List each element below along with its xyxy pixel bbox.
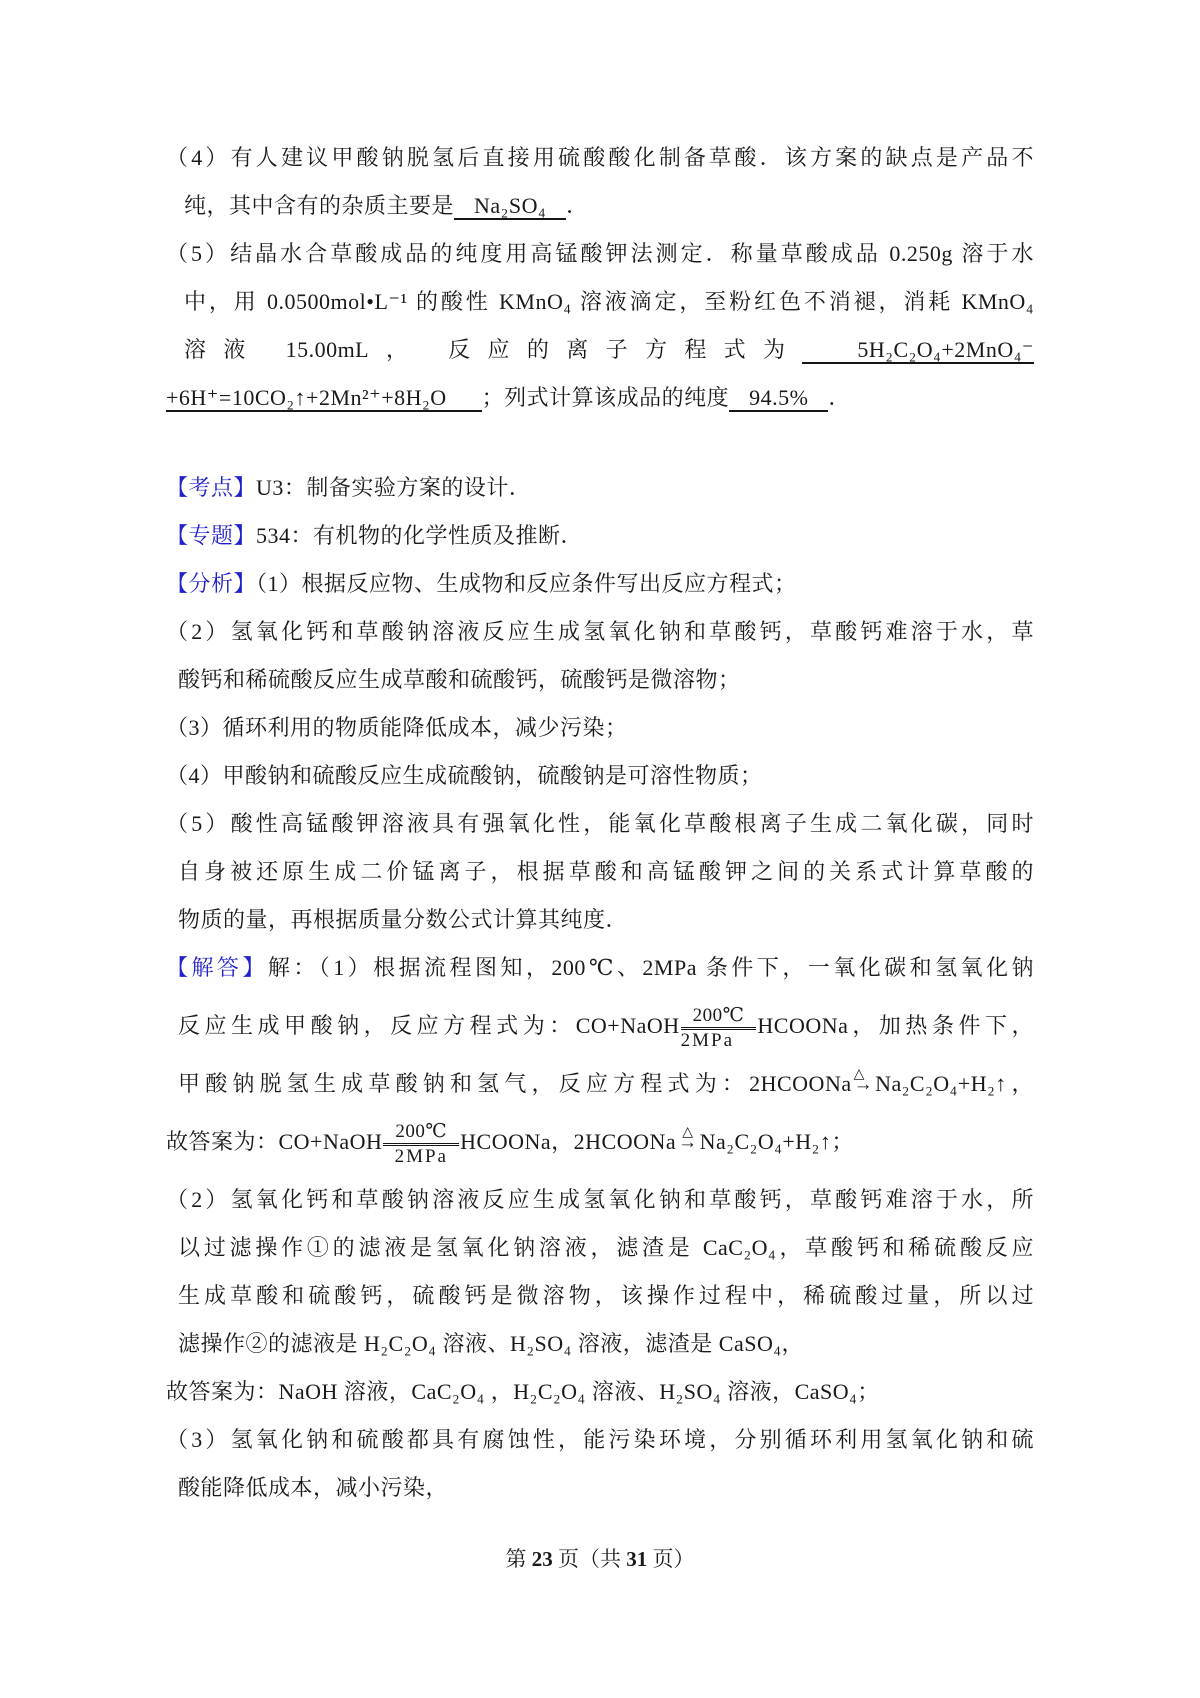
analysis-line-3: 酸钙和稀硫酸反应生成草酸和硫酸钙，硫酸钙是微溶物； [166, 656, 1034, 704]
question-5-text-4: ；列式计算该成品的纯度 [482, 385, 730, 410]
condition-temperature: 200℃ [681, 1005, 757, 1030]
exam-point-label: 【考点】 [166, 475, 256, 500]
analysis-item-2b: 酸钙和稀硫酸反应生成草酸和硫酸钙，硫酸钙是微溶物； [178, 667, 741, 692]
solution-text-2b: HCOONa，加热条件下， [757, 1013, 1034, 1038]
analysis-item-2a: （2）氢氧化钙和草酸钠溶液反应生成氢氧化钠和草酸钙，草酸钙难溶于水，草 [166, 619, 1034, 644]
answer-blank-purity: 94.5% [729, 385, 828, 412]
solution-text-4c: Na₂C₂O₄+H₂↑； [700, 1129, 854, 1154]
arrow-icon-2: → [678, 1137, 698, 1149]
question-5-line-4: +6H⁺=10CO₂↑+2Mn²⁺+8H₂O；列式计算该成品的纯度94.5%． [166, 374, 1034, 422]
analysis-line-5: （4）甲酸钠和硫酸反应生成硫酸钠，硫酸钠是可溶性物质； [166, 752, 1034, 800]
answer-blank-ion-equation-1: 5H₂C₂O₄+2MnO₄⁻ [802, 337, 1034, 364]
arrow-icon: → [854, 1079, 874, 1091]
reaction-condition-2: 200℃2MPa [383, 1121, 459, 1168]
delta-condition-1: △→ [854, 1069, 874, 1091]
condition-pressure-2: 2MPa [383, 1146, 459, 1167]
topic-line: 【专题】534：有机物的化学性质及推断． [166, 512, 1034, 560]
analysis-item-5b: 自身被还原生成二价锰离子，根据草酸和高锰酸钾之间的关系式计算草酸的 [178, 859, 1034, 884]
analysis-line-6: （5）酸性高锰酸钾溶液具有强氧化性，能氧化草酸根离子生成二氧化碳，同时 [166, 800, 1034, 848]
condition-pressure: 2MPa [681, 1030, 757, 1051]
solution-text-1: 解：（1）根据流程图知，200℃、2MPa 条件下，一氧化碳和氢氧化钠 [268, 955, 1034, 980]
solution-item-2c: 生成草酸和硫酸钙，硫酸钙是微溶物，该操作过程中，稀硫酸过量，所以过 [178, 1283, 1034, 1308]
analysis-item-5a: （5）酸性高锰酸钾溶液具有强氧化性，能氧化草酸根离子生成二氧化碳，同时 [166, 811, 1034, 836]
footer-prefix: 第 [506, 1547, 532, 1571]
exam-point-line: 【考点】U3：制备实验方案的设计． [166, 464, 1034, 512]
answer-blank-na2so4: Na₂SO₄ [454, 193, 566, 220]
solution-text-2a: 反应生成甲酸钠，反应方程式为：CO+NaOH [178, 1013, 680, 1038]
question-4-text: （4）有人建议甲酸钠脱氢后直接用硫酸酸化制备草酸．该方案的缺点是产品不 [166, 145, 1034, 170]
topic-label: 【专题】 [166, 523, 256, 548]
document-page: { "colors": { "label_blue": "#2222cc", "… [0, 0, 1200, 1698]
content-column: （4）有人建议甲酸钠脱氢后直接用硫酸酸化制备草酸．该方案的缺点是产品不 纯，其中… [166, 134, 1034, 1512]
solution-label: 【解答】 [166, 955, 268, 980]
analysis-item-4: （4）甲酸钠和硫酸反应生成硫酸钠，硫酸钠是可溶性物质； [166, 763, 763, 788]
solution-item-3a: （3）氢氧化钠和硫酸都具有腐蚀性，能污染环境，分别循环利用氢氧化钠和硫 [166, 1427, 1034, 1452]
analysis-line-2: （2）氢氧化钙和草酸钠溶液反应生成氢氧化钠和草酸钙，草酸钙难溶于水，草 [166, 608, 1034, 656]
analysis-item-5c: 物质的量，再根据质量分数公式计算其纯度． [178, 907, 628, 932]
solution-line-1: 【解答】解：（1）根据流程图知，200℃、2MPa 条件下，一氧化碳和氢氧化钠 [166, 944, 1034, 992]
analysis-line-8: 物质的量，再根据质量分数公式计算其纯度． [166, 896, 1034, 944]
solution-item-3b: 酸能降低成本，减小污染， [178, 1475, 448, 1500]
question-5-line-1: （5）结晶水合草酸成品的纯度用高锰酸钾法测定．称量草酸成品 0.250g 溶于水 [166, 230, 1034, 278]
delta-condition-2: △→ [678, 1127, 698, 1149]
analysis-label: 【分析】 [166, 571, 256, 596]
question-5-line-3: 溶液 15.00mL， 反应的离子方程式为5H₂C₂O₄+2MnO₄⁻ [166, 326, 1034, 374]
question-5-text-3: 溶液 15.00mL， 反应的离子方程式为 [184, 337, 802, 362]
solution-line-8: 滤操作②的滤液是 H₂C₂O₄ 溶液、H₂SO₄ 溶液，滤渣是 CaSO₄， [166, 1320, 1034, 1368]
question-4-text-cont: 纯，其中含有的杂质主要是 [184, 193, 454, 218]
footer-middle: 页（共 [553, 1547, 627, 1571]
solution-line-3: 甲酸钠脱氢生成草酸钠和氢气，反应方程式为：2HCOONa△→Na₂C₂O₄+H₂… [166, 1060, 1034, 1108]
solution-item-2a: （2）氢氧化钙和草酸钠溶液反应生成氢氧化钠和草酸钙，草酸钙难溶于水，所 [166, 1187, 1034, 1212]
solution-line-10: （3）氢氧化钠和硫酸都具有腐蚀性，能污染环境，分别循环利用氢氧化钠和硫 [166, 1416, 1034, 1464]
solution-line-4: 故答案为：CO+NaOH200℃2MPaHCOONa，2HCOONa△→Na₂C… [166, 1108, 1034, 1176]
analysis-line-1: 【分析】（1）根据反应物、生成物和反应条件写出反应方程式； [166, 560, 1034, 608]
solution-line-11: 酸能降低成本，减小污染， [166, 1464, 1034, 1512]
question-5-line-2: 中，用 0.0500mol•L⁻¹ 的酸性 KMnO₄ 溶液滴定，至粉红色不消褪… [166, 278, 1034, 326]
question-5-text-1: （5）结晶水合草酸成品的纯度用高锰酸钾法测定．称量草酸成品 0.250g 溶于水 [166, 241, 1034, 266]
solution-text-4a: 故答案为：CO+NaOH [166, 1129, 382, 1154]
question-5-text-2: 中，用 0.0500mol•L⁻¹ 的酸性 KMnO₄ 溶液滴定，至粉红色不消褪… [184, 289, 1034, 314]
footer-suffix: 页） [647, 1547, 694, 1571]
solution-item-2b: 以过滤操作①的滤液是氢氧化钠溶液，滤渣是 CaC₂O₄，草酸钙和稀硫酸反应 [178, 1235, 1034, 1260]
topic-text: 534：有机物的化学性质及推断． [256, 523, 583, 548]
footer-page-number: 23 [532, 1547, 553, 1571]
solution-line-6: 以过滤操作①的滤液是氢氧化钠溶液，滤渣是 CaC₂O₄，草酸钙和稀硫酸反应 [166, 1224, 1034, 1272]
question-4-line-1: （4）有人建议甲酸钠脱氢后直接用硫酸酸化制备草酸．该方案的缺点是产品不 [166, 134, 1034, 182]
analysis-item-1: （1）根据反应物、生成物和反应条件写出反应方程式； [256, 571, 797, 596]
solution-item-2-answer: 故答案为：NaOH 溶液，CaC₂O₄ ，H₂C₂O₄ 溶液、H₂SO₄ 溶液，… [166, 1379, 880, 1404]
answer-blank-ion-equation-2: +6H⁺=10CO₂↑+2Mn²⁺+8H₂O [166, 385, 482, 412]
condition-temperature-2: 200℃ [383, 1121, 459, 1146]
footer-total-pages: 31 [626, 1547, 647, 1571]
solution-line-5: （2）氢氧化钙和草酸钠溶液反应生成氢氧化钠和草酸钙，草酸钙难溶于水，所 [166, 1176, 1034, 1224]
solution-line-2: 反应生成甲酸钠，反应方程式为：CO+NaOH200℃2MPaHCOONa，加热条… [166, 992, 1034, 1060]
solution-text-3a: 甲酸钠脱氢生成草酸钠和氢气，反应方程式为：2HCOONa [178, 1071, 852, 1096]
solution-text-4b: HCOONa，2HCOONa [460, 1129, 676, 1154]
question-4-period: ． [566, 193, 589, 218]
analysis-item-3: （3）循环利用的物质能降低成本，减少污染； [166, 715, 628, 740]
solution-line-7: 生成草酸和硫酸钙，硫酸钙是微溶物，该操作过程中，稀硫酸过量，所以过 [166, 1272, 1034, 1320]
question-4-line-2: 纯，其中含有的杂质主要是Na₂SO₄． [166, 182, 1034, 230]
analysis-line-4: （3）循环利用的物质能降低成本，减少污染； [166, 704, 1034, 752]
reaction-condition-1: 200℃2MPa [681, 1005, 757, 1052]
solution-item-2d: 滤操作②的滤液是 H₂C₂O₄ 溶液、H₂SO₄ 溶液，滤渣是 CaSO₄， [178, 1331, 804, 1356]
page-footer: 第 23 页（共 31 页） [0, 1544, 1200, 1574]
solution-line-9: 故答案为：NaOH 溶液，CaC₂O₄ ，H₂C₂O₄ 溶液、H₂SO₄ 溶液，… [166, 1368, 1034, 1416]
solution-text-3b: Na₂C₂O₄+H₂↑， [875, 1071, 1034, 1096]
analysis-line-7: 自身被还原生成二价锰离子，根据草酸和高锰酸钾之间的关系式计算草酸的 [166, 848, 1034, 896]
exam-point-text: U3：制备实验方案的设计． [256, 475, 531, 500]
question-5-period: ． [828, 385, 851, 410]
